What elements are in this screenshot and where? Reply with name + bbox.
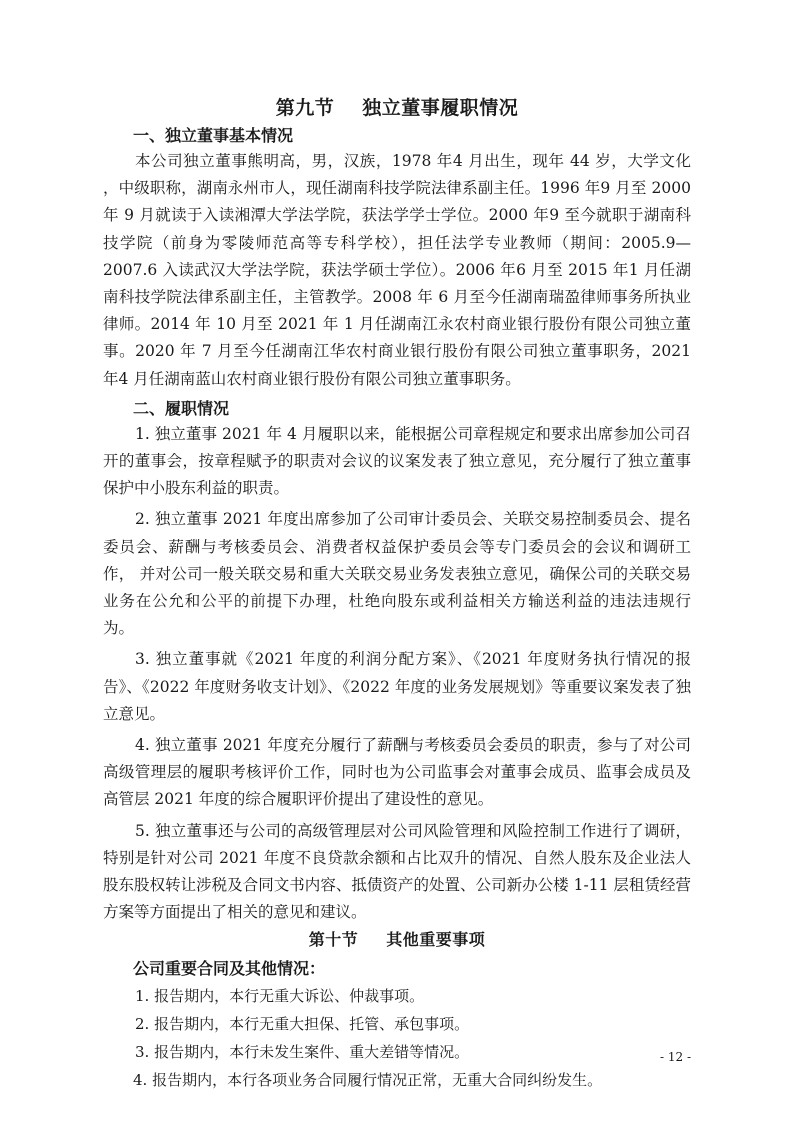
contracts-item-4: 4. 报告期内，本行各项业务合同履行情况正常，无重大合同纠纷发生。: [103, 1066, 691, 1094]
section-9-title: 第九节独立董事履职情况: [103, 92, 691, 124]
contracts-heading: 公司重要合同及其他情况：: [103, 956, 691, 982]
basic-info-paragraph: 本公司独立董事熊明高，男，汉族，1978 年4 月出生，现年 44 岁，大学文化…: [103, 148, 691, 393]
section-9-name: 独立董事履职情况: [362, 97, 518, 119]
duty-performance-heading: 二、履职情况: [103, 397, 691, 421]
page-number: - 12 -: [660, 1050, 691, 1064]
section-10-title: 第十节其他重要事项: [103, 926, 691, 954]
duty-item-5: 5. 独立董事还与公司的高级管理层对公司风险管理和风险控制工作进行了调研，特别是…: [103, 818, 691, 927]
duty-item-3: 3. 独立董事就《2021 年度的利润分配方案》、《2021 年度财务执行情况的…: [103, 646, 691, 728]
contracts-item-3: 3. 报告期内，本行未发生案件、重大差错等情况。: [103, 1038, 691, 1066]
section-9-number: 第九节: [276, 97, 335, 119]
section-10-number: 第十节: [309, 930, 359, 949]
basic-info-heading: 一、独立董事基本情况: [103, 124, 691, 148]
section-10-name: 其他重要事项: [386, 930, 485, 949]
duty-item-1: 1. 独立董事 2021 年 4 月履职以来，能根据公司章程规定和要求出席参加公…: [103, 421, 691, 503]
duty-item-4: 4. 独立董事 2021 年度充分履行了薪酬与考核委员会委员的职责，参与了对公司…: [103, 732, 691, 814]
contracts-item-1: 1. 报告期内，本行无重大诉讼、仲裁事项。: [103, 982, 691, 1010]
document-page: 第九节独立董事履职情况 一、独立董事基本情况 本公司独立董事熊明高，男，汉族，1…: [103, 92, 691, 1094]
contracts-item-2: 2. 报告期内，本行无重大担保、托管、承包事项。: [103, 1010, 691, 1038]
duty-item-2: 2. 独立董事 2021 年度出席参加了公司审计委员会、关联交易控制委员会、提名…: [103, 506, 691, 642]
